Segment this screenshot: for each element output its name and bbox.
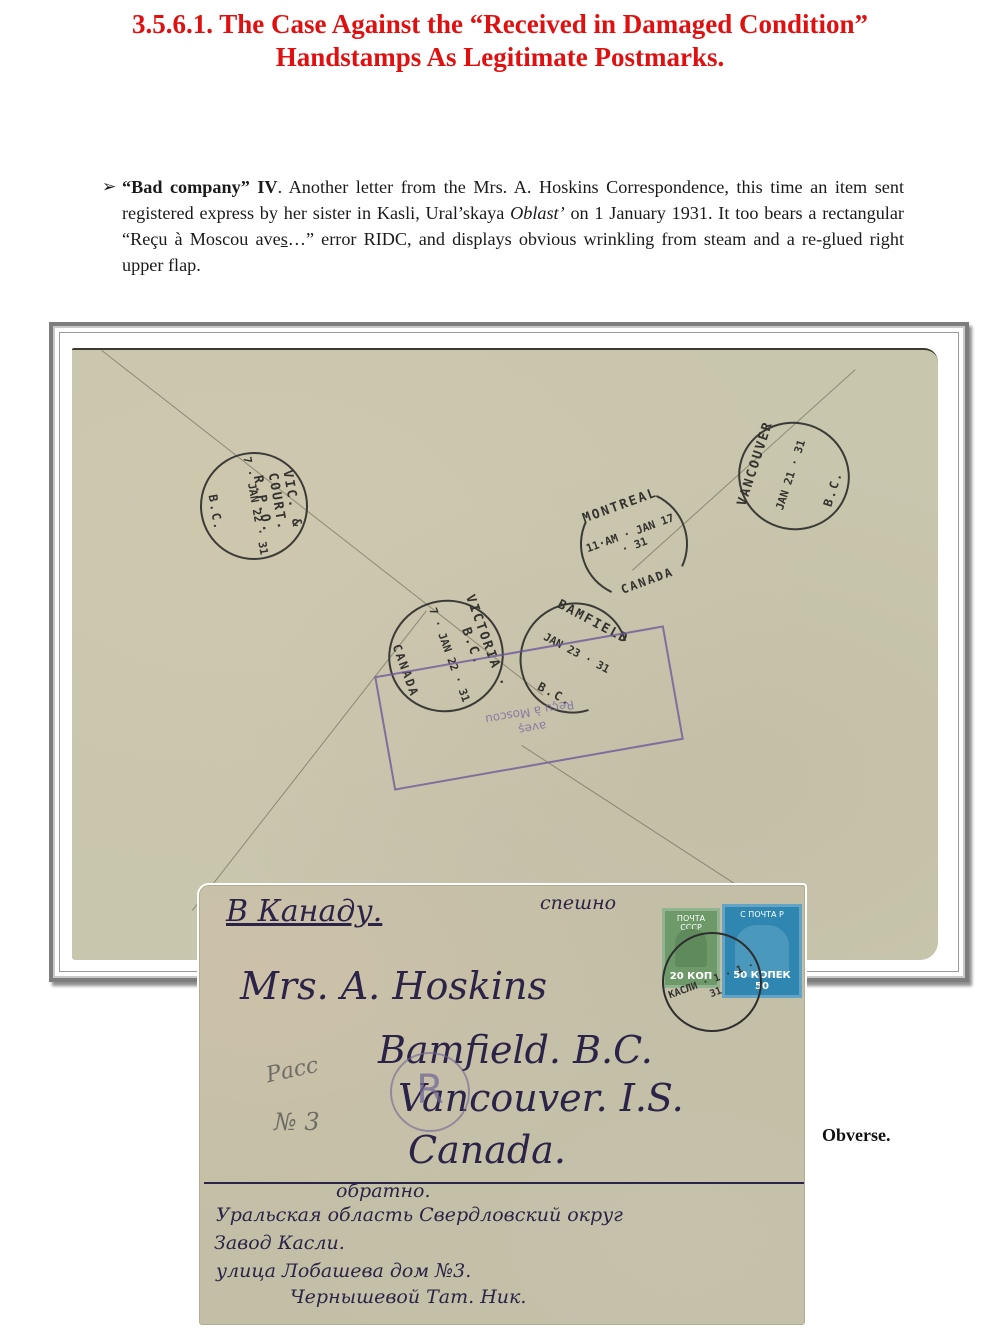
cover-obverse-image: В Канаду. спешно Mrs. A. Hoskins Bamfiel… xyxy=(199,885,805,1325)
address-line-4: Canada. xyxy=(408,1128,566,1172)
return-address-line-2: Завод Касли. xyxy=(214,1232,345,1254)
postmark-vic-court-rpo: VIC. & COURT. R.P.O. 7 · JAN 22 · 31 B.C… xyxy=(191,443,316,568)
oblast-italic: Oblast’ xyxy=(510,203,565,223)
return-address-line-4: Чернышевой Тат. Ник. xyxy=(290,1286,526,1308)
title-line-1: 3.5.6.1. The Case Against the “Received … xyxy=(0,8,1000,41)
cover-reverse-image: VIC. & COURT. R.P.O. 7 · JAN 22 · 31 B.C… xyxy=(72,348,938,960)
title-line-2: Handstamps As Legitimate Postmarks. xyxy=(0,41,1000,74)
address-line-1: Mrs. A. Hoskins xyxy=(240,964,547,1008)
return-address-line-1: Уральская область Свердловский округ xyxy=(216,1204,623,1226)
pencil-number: № 3 xyxy=(274,1108,320,1136)
pencil-note: Расс xyxy=(264,1053,321,1088)
postmark-montreal: MONTREAL 11·AM · JAN 17 · 31 CANADA xyxy=(565,475,703,613)
to-canada-text: В Канаду. xyxy=(226,894,382,929)
registration-r-mark: R xyxy=(390,1052,470,1132)
express-note: спешно xyxy=(540,892,616,914)
page-title: 3.5.6.1. The Case Against the “Received … xyxy=(0,8,1000,74)
arrow-bullet-icon: ➢ xyxy=(102,174,116,200)
divider-line xyxy=(204,1182,804,1184)
obverse-caption: Obverse. xyxy=(822,1125,890,1146)
postmark-vancouver: VANCOUVER JAN 21 · 31 B.C. xyxy=(724,407,864,544)
return-label: обратно. xyxy=(336,1180,431,1202)
description-paragraph: ➢ “Bad company” IV. Another letter from … xyxy=(122,174,904,278)
return-address-line-3: улица Лобашева дом №3. xyxy=(216,1260,471,1282)
lead-text: “Bad company” IV xyxy=(122,177,278,197)
underlined-s: s xyxy=(281,229,288,249)
